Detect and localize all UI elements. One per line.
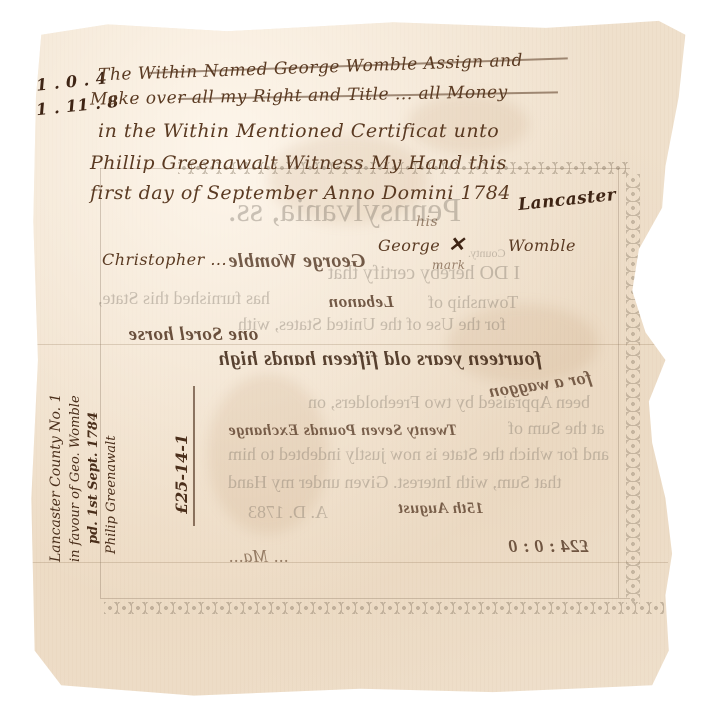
mark-label: his (416, 214, 438, 230)
signer-first-name: George (378, 236, 440, 255)
form-border-bottom (100, 598, 630, 599)
endorsement-line-3: pd. 1st Sept. 1784 (86, 412, 101, 544)
form-border-right (618, 168, 619, 598)
assignment-line-4: Phillip Greenawalt Witness My Hand this (90, 152, 507, 174)
reverse-amount-words: Twenty Seven Pounds Exchange (228, 422, 457, 440)
ornament-border-right (626, 174, 640, 604)
fold-line (28, 562, 668, 563)
witness-signature: Christopher ... (102, 250, 227, 269)
mirrored-sum: at the Sum of (508, 418, 605, 439)
county-name: Lancaster (517, 185, 617, 215)
endorsement-line-1: Lancaster County No. 1 (48, 394, 64, 563)
mirrored-date: A. D. 1783 (248, 502, 328, 523)
reverse-amount: £24 : 0 : 0 (508, 536, 589, 557)
endorsement-line-4: Philip Greenawalt (104, 436, 119, 554)
reverse-date: 15th August (398, 500, 483, 518)
mirrored-interest: that Sum, with Interest. Given under my … (228, 472, 561, 493)
mirrored-county-label: County. (468, 246, 506, 261)
reverse-line-1: one Sorel horse (128, 324, 258, 346)
reverse-township: Lebanon (328, 292, 394, 312)
mirrored-furnished: has furnished this State, (98, 288, 270, 309)
mirrored-appraised: been Appraised by two Freeholders, on (308, 392, 590, 413)
mirrored-indebted: and for which the State is now justly in… (228, 444, 609, 465)
ornament-border-bottom (104, 602, 664, 614)
reverse-line-2: fourteen years old fifteen hands high (218, 348, 542, 371)
signer-mark-icon: ✕ (448, 232, 465, 256)
assignment-line-3: in the Within Mentioned Certificat unto (98, 120, 499, 142)
signer-last-name: Womble (508, 236, 576, 255)
endorsement-rule (193, 386, 195, 526)
assignment-line-1: The Within Named George Womble Assign an… (98, 51, 524, 86)
mirrored-use: for the Use of the United States, with (238, 314, 506, 335)
reverse-signature: ... Ma... (228, 546, 288, 567)
document-paper: Pennsylvania, ss. County. I DO hereby ce… (28, 14, 692, 706)
endorsement-line-2: in favour of Geo. Womble (68, 395, 83, 562)
endorsement-amount: £25-14-1 (172, 434, 191, 514)
mark-word: mark (432, 258, 466, 272)
reverse-name: George Womble (228, 250, 365, 273)
mirrored-township: Township of (428, 292, 518, 313)
fold-line (28, 344, 668, 345)
assignment-line-5: first day of September Anno Domini 1784 (90, 182, 511, 204)
